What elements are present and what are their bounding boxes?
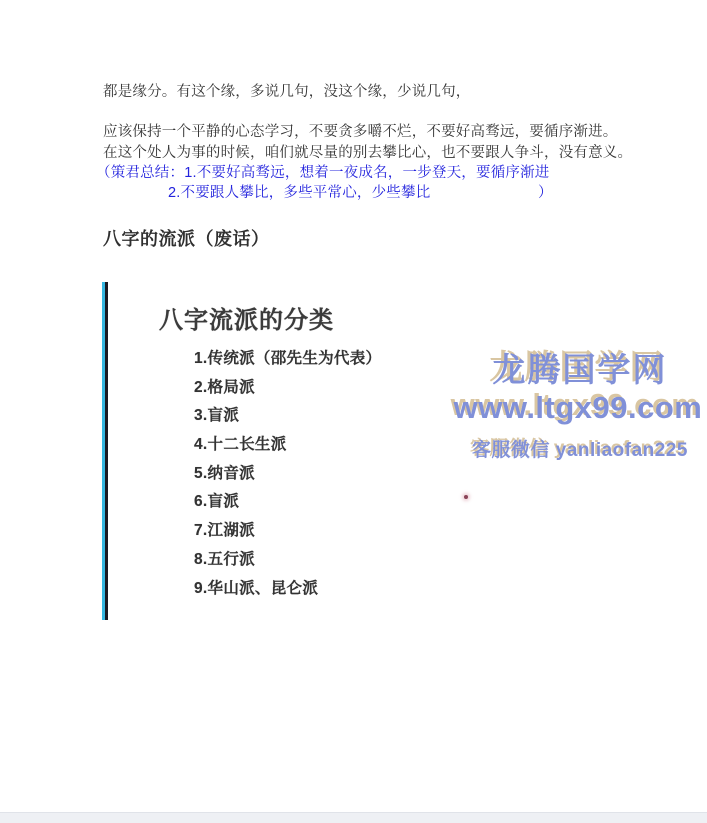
section-heading: 八字的流派（废话） [103,225,270,251]
slide-list-item: 3.盲派 [194,403,381,432]
document-page: 都是缘分。有这个缘，多说几句，没这个缘，少说几句， 应该保持一个平静的心态学习，… [0,0,707,823]
watermark-site-url: www.ltgx99.com [438,390,707,426]
slide-list-item: 1.传统派（邵先生为代表） [194,346,381,375]
bottom-bar [0,812,707,823]
summary-note-closing-paren: ） [538,185,553,202]
slide-list-item: 2.格局派 [194,375,381,404]
red-dot-marker [464,495,468,499]
slide-list-item: 8.五行派 [194,547,381,576]
paragraph-advice-line2: 在这个处人为事的时候，咱们就尽量的别去攀比心，也不要跟人争斗，没有意义。 [103,145,632,162]
quote-border-dark [105,282,108,620]
slide-list-item: 6.盲派 [194,489,381,518]
slide-list-item: 5.纳音派 [194,461,381,490]
slide-title: 八字流派的分类 [159,300,334,335]
summary-note-line2: 2.不要跟人攀比，多些平常心，少些攀比 [168,185,430,202]
slide-list: 1.传统派（邵先生为代表） 2.格局派 3.盲派 4.十二长生派 5.纳音派 6… [194,346,381,604]
slide-list-item: 7.江湖派 [194,518,381,547]
summary-note-line1: （策君总结：1.不要好高骛远，想着一夜成名，一步登天，要循序渐进 [96,165,550,182]
watermark-contact: 客服微信 yanliaofan225 [448,435,707,462]
watermark-site-name: 龙腾国学网 [448,344,707,391]
slide-list-item: 9.华山派、昆仑派 [194,576,381,605]
paragraph-intro: 都是缘分。有这个缘，多说几句，没这个缘，少说几句， [103,84,471,101]
paragraph-advice-line1: 应该保持一个平静的心态学习，不要贪多嚼不烂，不要好高骛远，要循序渐进。 [103,124,618,141]
slide-list-item: 4.十二长生派 [194,432,381,461]
